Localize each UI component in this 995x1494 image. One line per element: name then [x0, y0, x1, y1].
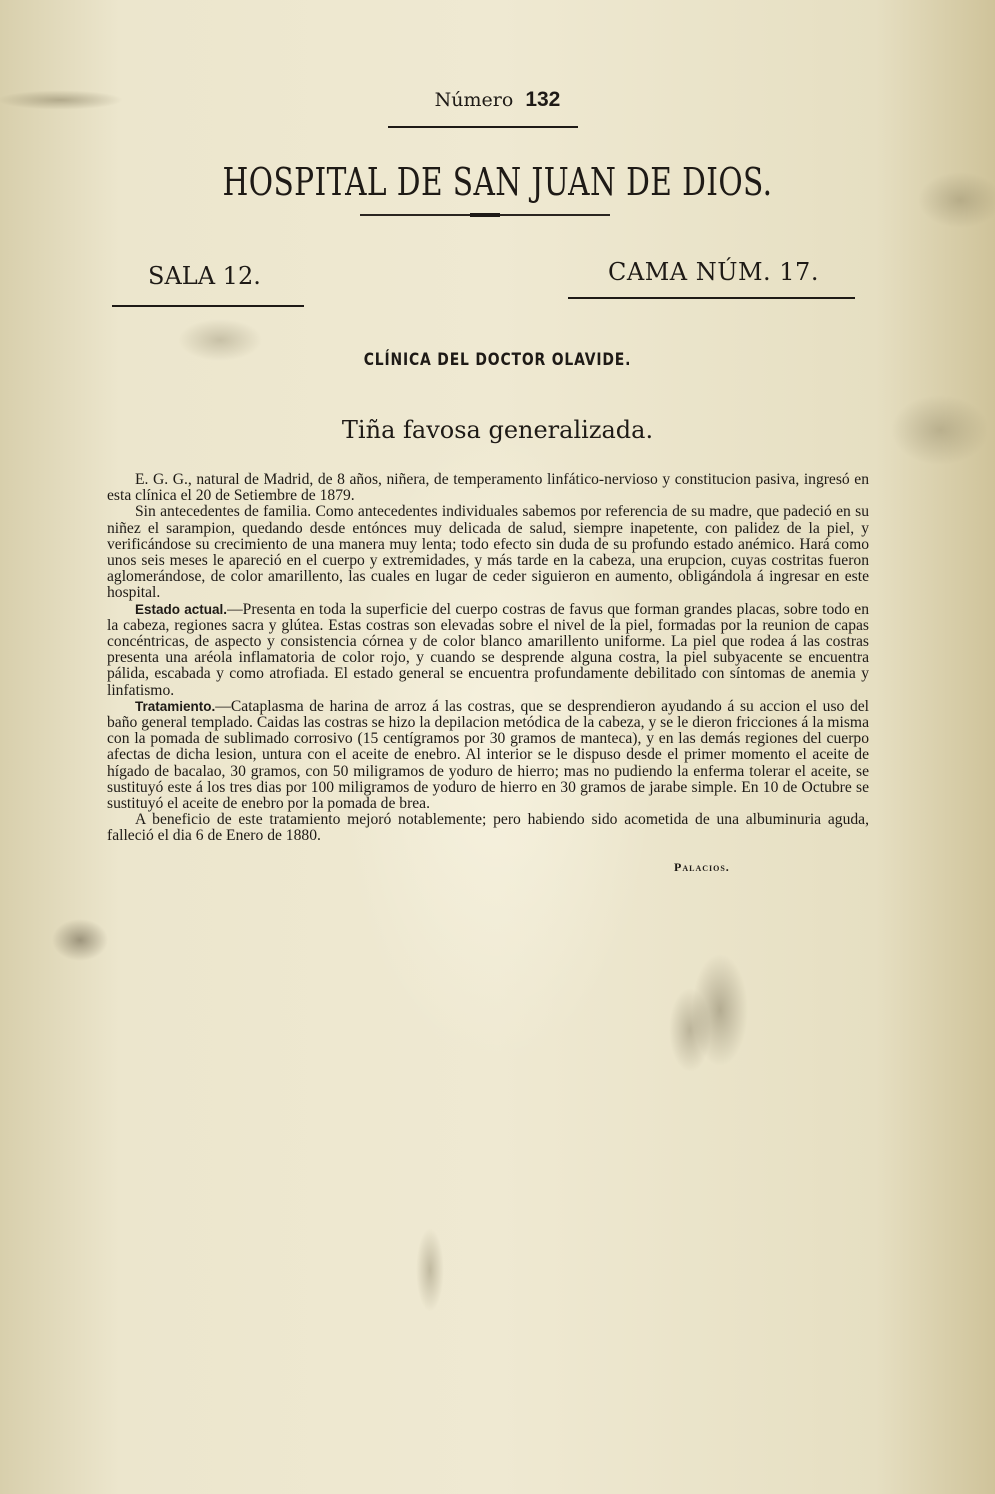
document-page: Número 132 HOSPITAL DE SAN JUAN DE DIOS.… [0, 0, 995, 1494]
paragraph-treatment: Tratamiento.—Cataplasma de harina de arr… [107, 699, 869, 812]
author-signature: Palacios. [674, 860, 730, 875]
record-number-value: 132 [525, 88, 560, 111]
record-number-label: Número [435, 89, 514, 111]
bed-label: CAMA NÚM. 17. [608, 258, 819, 286]
paragraph-outcome: A beneficio de este tratamiento mejoró n… [107, 812, 869, 844]
ward-underline [112, 305, 304, 307]
section-label-treatment: Tratamiento. [135, 699, 215, 714]
case-report-body: E. G. G., natural de Madrid, de 8 años, … [107, 472, 869, 845]
paragraph-history: Sin antecedentes de familia. Como antece… [107, 504, 869, 601]
ornamental-rule [360, 214, 610, 216]
paragraph-patient-intro: E. G. G., natural de Madrid, de 8 años, … [107, 472, 869, 504]
paragraph-current-state: Estado actual.—Presenta en toda la super… [107, 602, 869, 699]
case-title: Tiña favosa generalizada. [0, 416, 995, 444]
ward-label: SALA 12. [148, 262, 261, 290]
record-number: Número 132 [0, 88, 995, 112]
clinic-heading: CLÍNICA DEL DOCTOR OLAVIDE. [90, 350, 906, 370]
number-underline [388, 126, 578, 128]
section-label-current-state: Estado actual. [135, 602, 227, 617]
bed-underline [568, 297, 855, 299]
hospital-name: HOSPITAL DE SAN JUAN DE DIOS. [109, 160, 885, 204]
